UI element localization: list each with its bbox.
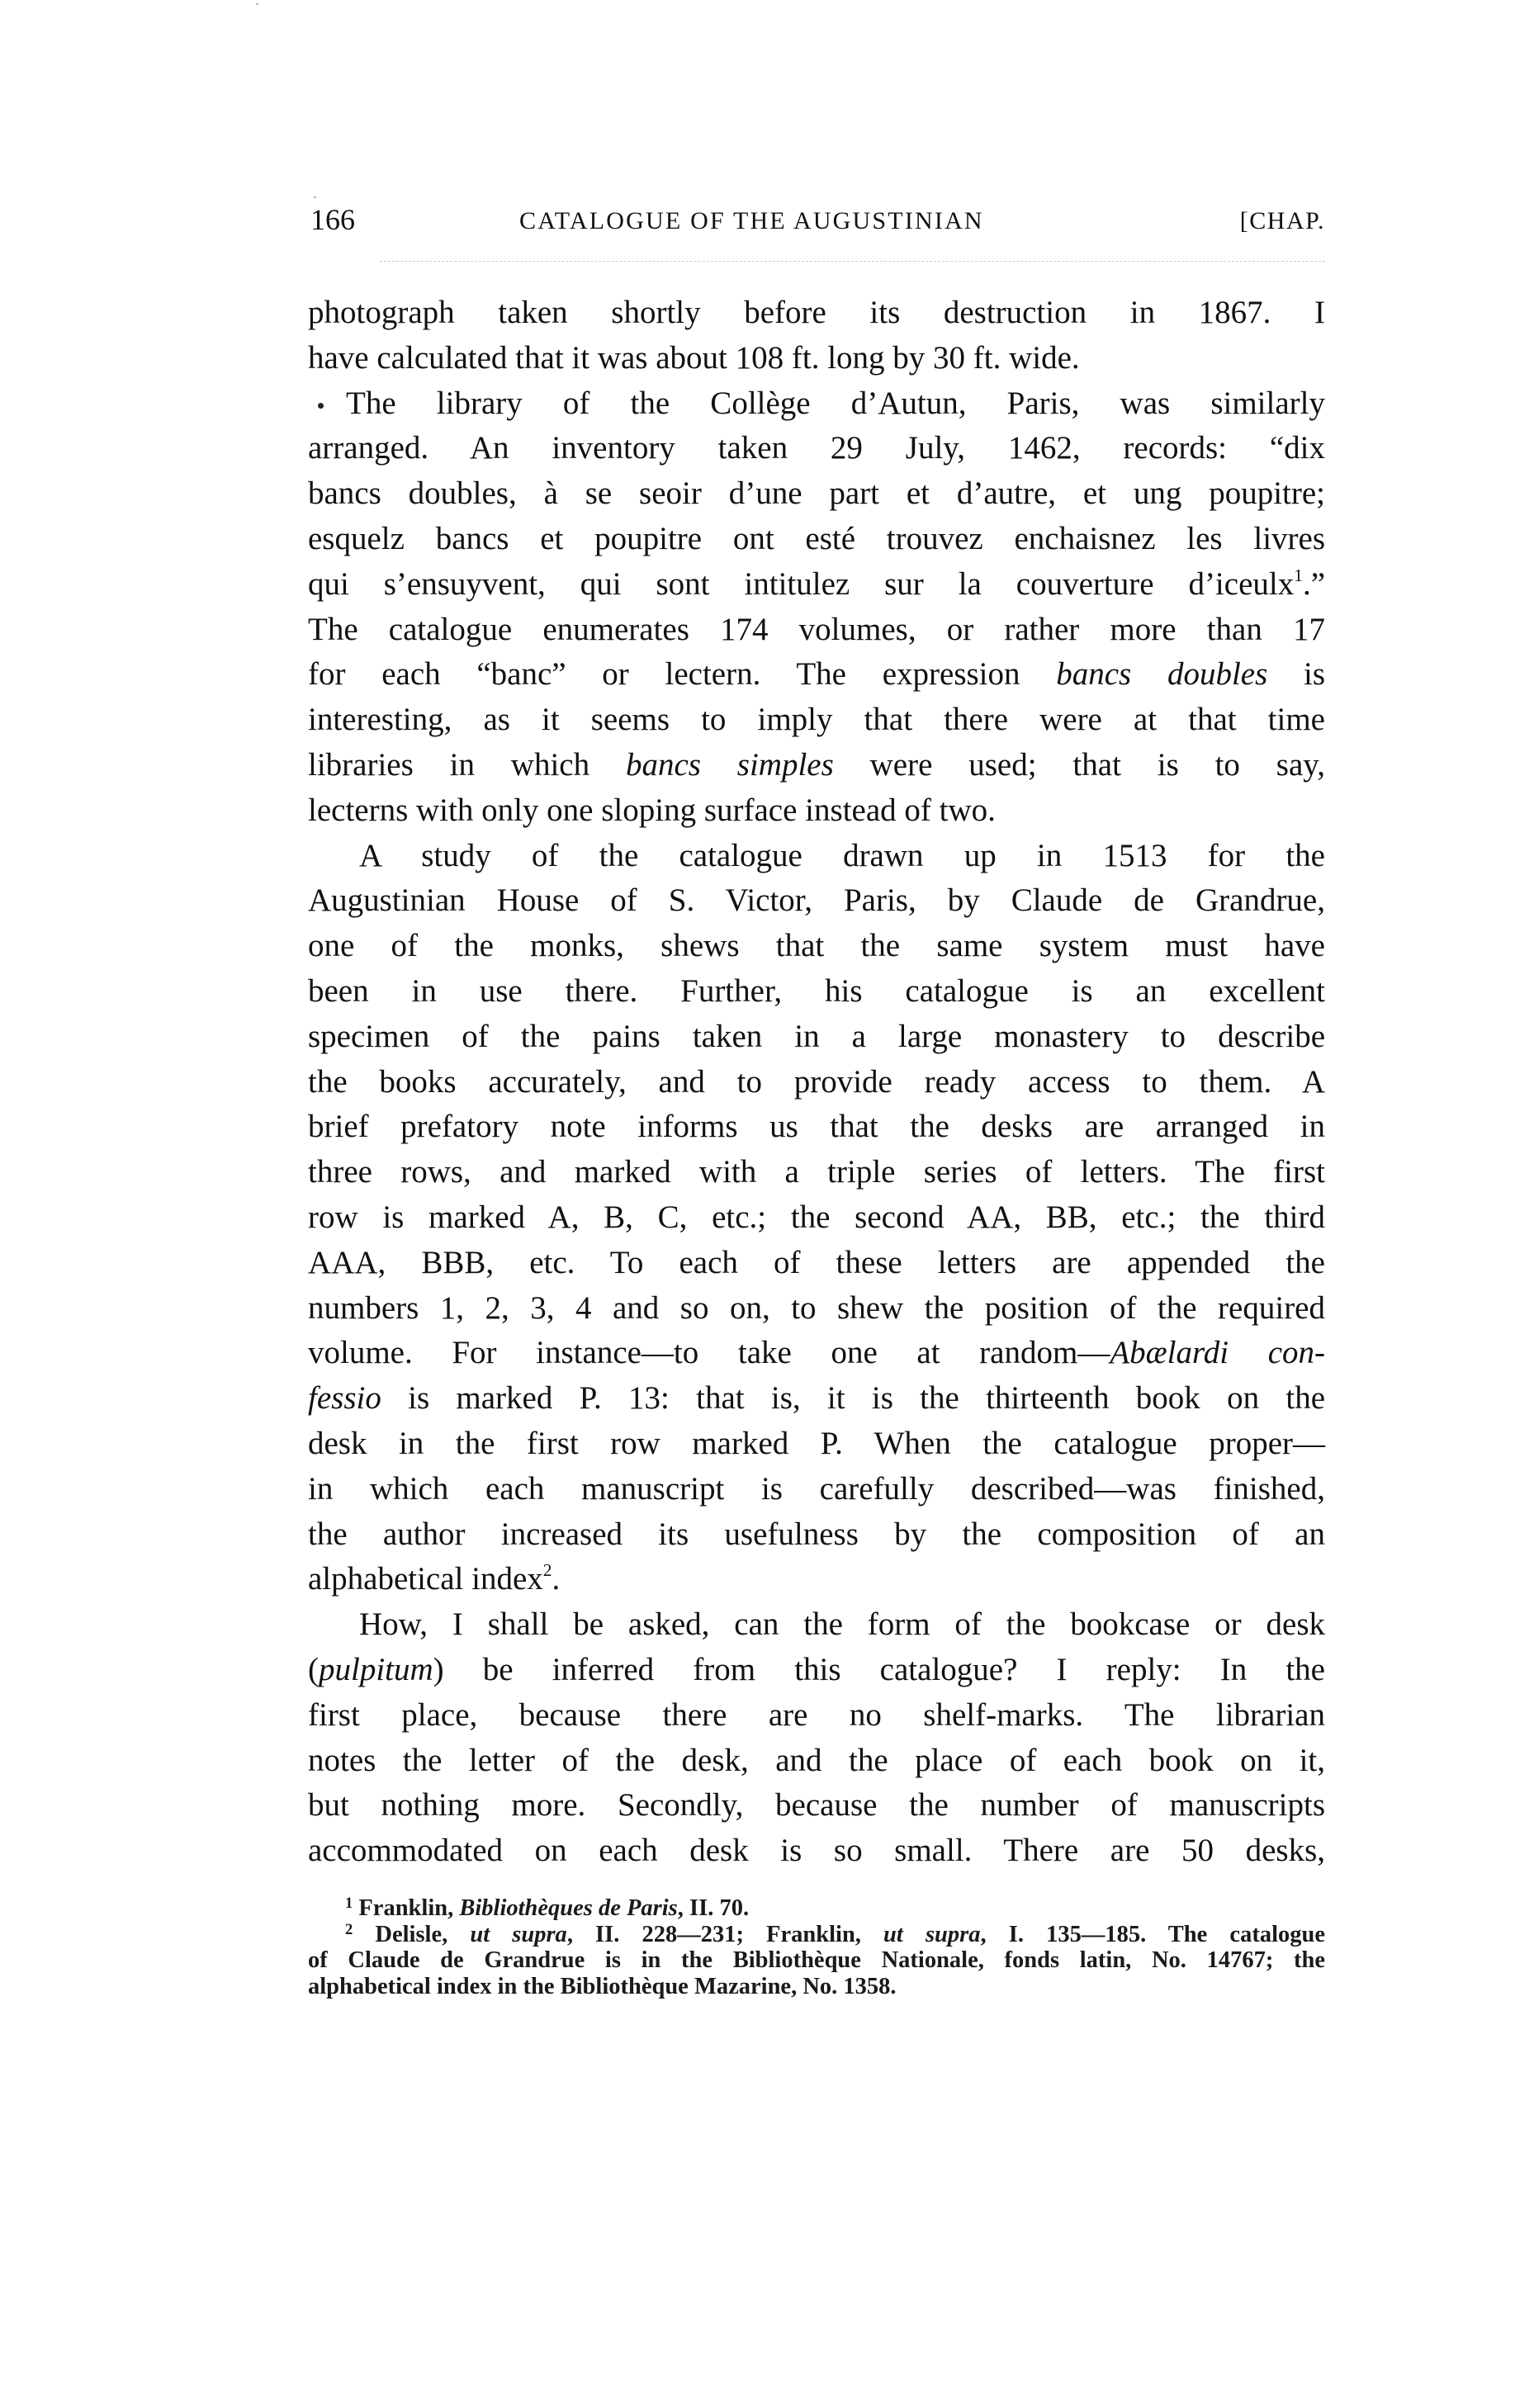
text-line: The library of the Collège d’Autun, Pari…	[308, 381, 1325, 427]
page-number: 166	[310, 201, 355, 238]
header-rule	[380, 261, 1325, 262]
text-line: libraries in which bancs simples were us…	[308, 743, 1325, 788]
footnote-2-line-3: alphabetical index in the Bibliothèque M…	[308, 1974, 1325, 2000]
text-line: the books accurately, and to provide rea…	[308, 1060, 1325, 1105]
italic-phrase: fessio	[308, 1380, 381, 1416]
text-line: volume. For instance—to take one at rand…	[308, 1331, 1325, 1376]
text-line: row is marked A, B, C, etc.; the second …	[308, 1195, 1325, 1241]
text-line: for each “banc” or lectern. The expressi…	[308, 652, 1325, 698]
text-line: first place, because there are no shelf-…	[308, 1693, 1325, 1739]
text-line: photograph taken shortly before its dest…	[308, 291, 1325, 336]
text-line: interesting, as it seems to imply that t…	[308, 698, 1325, 743]
text-line: bancs doubles, à se seoir d’une part et …	[308, 471, 1325, 517]
text-line: How, I shall be asked, can the form of t…	[308, 1602, 1325, 1648]
scan-dot-mark	[318, 403, 324, 409]
text-line: one of the monks, shews that the same sy…	[308, 924, 1325, 969]
text-line: three rows, and marked with a triple ser…	[308, 1150, 1325, 1195]
text-line: notes the letter of the desk, and the pl…	[308, 1739, 1325, 1784]
italic-phrase: pulpitum	[319, 1652, 433, 1687]
body-text: photograph taken shortly before its dest…	[308, 291, 1325, 1874]
text-line: accommodated on each desk is so small. T…	[308, 1828, 1325, 1874]
scan-artifact	[256, 3, 258, 5]
italic-phrase: bancs doubles	[1056, 656, 1267, 692]
text-line: specimen of the pains taken in a large m…	[308, 1015, 1325, 1060]
book-page: 166 CATALOGUE OF THE AUGUSTINIAN [CHAP. …	[0, 0, 1515, 2408]
text-line: the author increased its usefulness by t…	[308, 1512, 1325, 1558]
text-line: numbers 1, 2, 3, 4 and so on, to shew th…	[308, 1286, 1325, 1332]
italic-title: Bibliothèques de Paris	[459, 1895, 677, 1921]
text-line: AAA, BBB, etc. To each of these letters …	[308, 1241, 1325, 1286]
running-title: CATALOGUE OF THE AUGUSTINIAN	[519, 203, 984, 239]
text-line: but nothing more. Secondly, because the …	[308, 1783, 1325, 1828]
footnote-marker: 2	[345, 1920, 353, 1937]
text-line: fessio is marked P. 13: that is, it is t…	[308, 1376, 1325, 1422]
text-line: arranged. An inventory taken 29 July, 14…	[308, 426, 1325, 471]
running-header: 166 CATALOGUE OF THE AUGUSTINIAN [CHAP.	[308, 201, 1325, 238]
footnote-2-line-2: of Claude de Grandrue is in the Biblioth…	[308, 1947, 1325, 1974]
italic-phrase: Abælardi con-	[1110, 1335, 1325, 1370]
text-line: The catalogue enumerates 174 volumes, or…	[308, 608, 1325, 653]
text-line: (pulpitum) be inferred from this catalog…	[308, 1648, 1325, 1693]
text-line: qui s’ensuyvent, qui sont intitulez sur …	[308, 562, 1325, 608]
footnote-1: 1 Franklin, Bibliothèques de Paris, II. …	[308, 1895, 1325, 1922]
text-line: brief prefatory note informs us that the…	[308, 1105, 1325, 1150]
footnote-marker: 1	[345, 1895, 353, 1912]
text-line: A study of the catalogue drawn up in 151…	[308, 834, 1325, 879]
footnote-reference: 2	[543, 1560, 552, 1580]
chapter-marker: [CHAP.	[1240, 203, 1325, 239]
text-line: in which each manuscript is carefully de…	[308, 1467, 1325, 1512]
footnote-reference: 1	[1294, 565, 1303, 585]
text-line: been in use there. Further, his catalogu…	[308, 969, 1325, 1015]
text-line: desk in the first row marked P. When the…	[308, 1422, 1325, 1467]
italic-phrase: bancs simples	[626, 747, 834, 783]
text-line: alphabetical index2.	[308, 1557, 1325, 1602]
scan-artifact	[314, 196, 316, 198]
text-line: Augustinian House of S. Victor, Paris, b…	[308, 878, 1325, 924]
footnote-2-line-1: 2 Delisle, ut supra, II. 228—231; Frankl…	[308, 1922, 1325, 1948]
footnotes: 1 Franklin, Bibliothèques de Paris, II. …	[308, 1895, 1325, 2000]
text-line: lecterns with only one sloping surface i…	[308, 788, 1325, 834]
text-line: esquelz bancs et poupitre ont esté trouv…	[308, 517, 1325, 562]
text-line: have calculated that it was about 108 ft…	[308, 336, 1325, 381]
